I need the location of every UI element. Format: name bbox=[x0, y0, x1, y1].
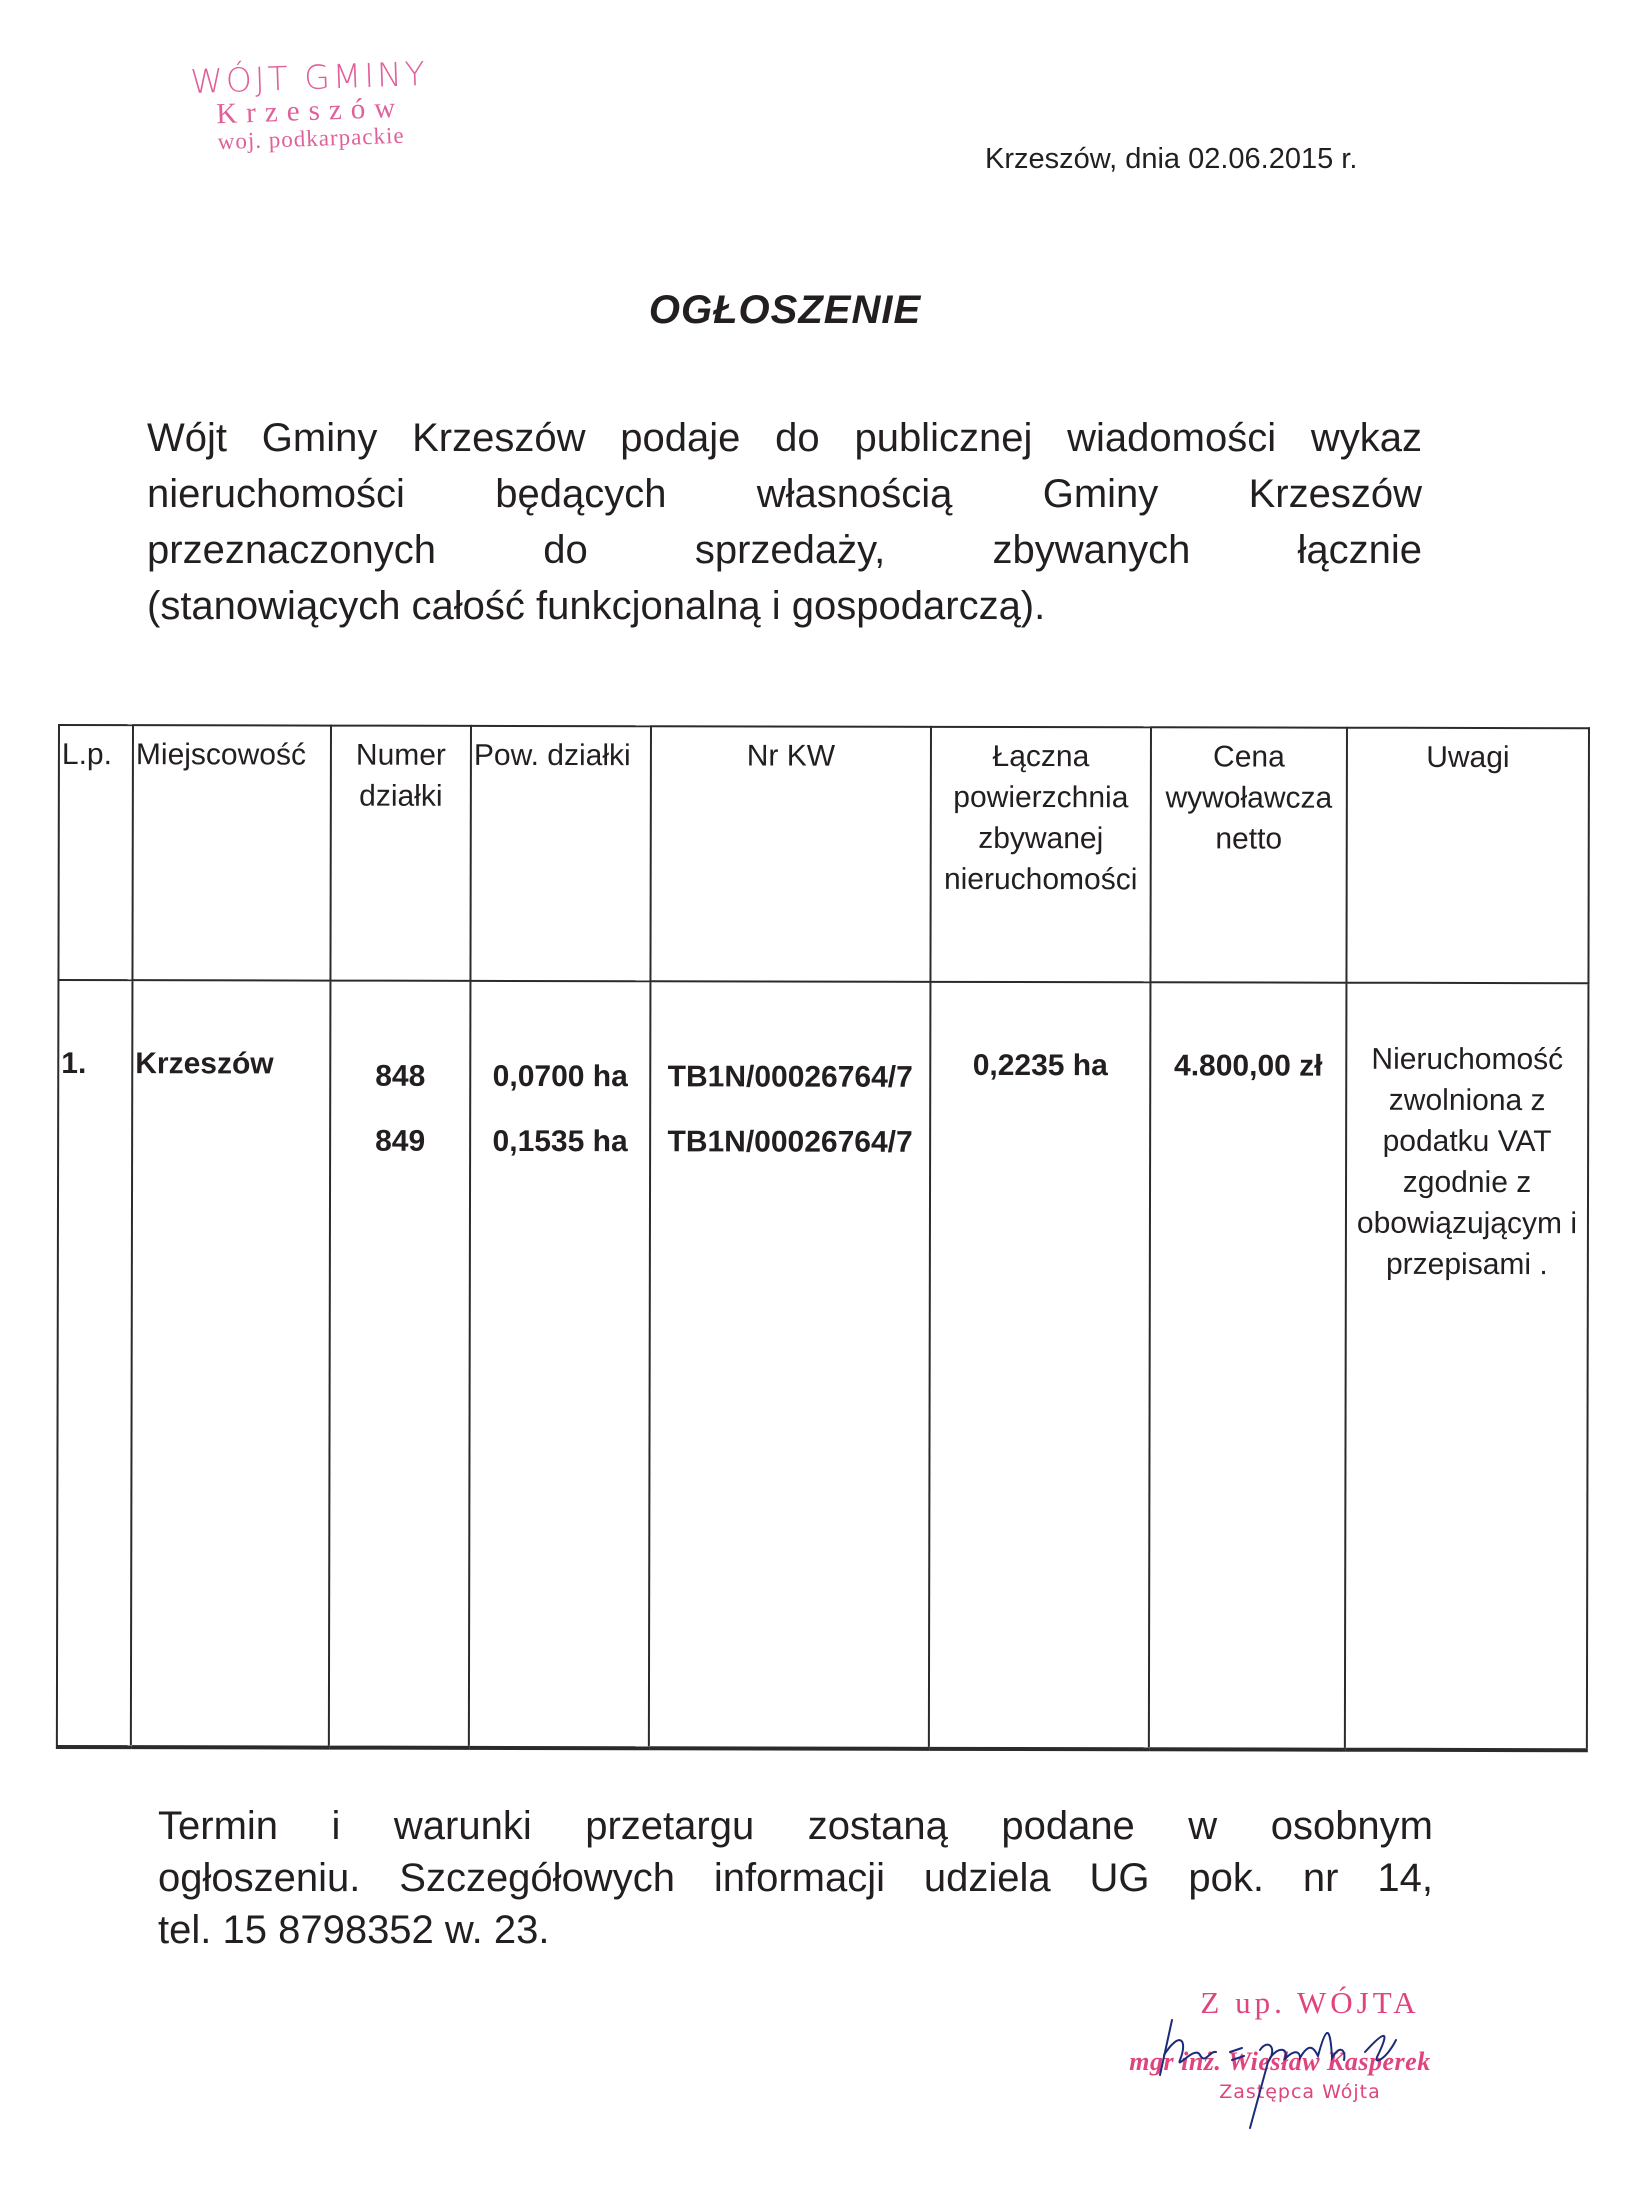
land-register-number: TB1N/00026764/7 bbox=[653, 1109, 927, 1175]
col-header-laczna-powierzchnia: Łączna powierzchnia zbywanej nieruchomoś… bbox=[930, 727, 1151, 982]
cell-pow-dzialki: 0,0700 ha 0,1535 ha bbox=[469, 981, 651, 1748]
table-row: 1. Krzeszów 848 849 0,0700 ha 0,1535 ha … bbox=[57, 980, 1589, 1750]
footer-paragraph: Termin i warunki przetargu zostaną podan… bbox=[158, 1800, 1433, 1956]
plot-number: 849 bbox=[333, 1109, 467, 1174]
cell-numer-dzialki: 848 849 bbox=[329, 981, 471, 1748]
intro-line: Wójt Gminy Krzeszów podaje do publicznej… bbox=[147, 410, 1422, 466]
footer-line: Termin i warunki przetargu zostaną podan… bbox=[158, 1800, 1433, 1852]
handwritten-signature-icon bbox=[1150, 2000, 1400, 2130]
footer-line: ogłoszeniu. Szczegółowych informacji udz… bbox=[158, 1852, 1433, 1904]
table-header-row: L.p. Miejscowość Numer działki Pow. dzia… bbox=[58, 725, 1589, 983]
col-header-pow-dzialki: Pow. działki bbox=[470, 726, 651, 981]
col-header-numer-dzialki: Numer działki bbox=[330, 726, 471, 981]
plot-area: 0,1535 ha bbox=[473, 1109, 647, 1174]
cell-uwagi: Nieruchomość zwolniona z podatku VAT zgo… bbox=[1345, 983, 1589, 1751]
property-list-table: L.p. Miejscowość Numer działki Pow. dzia… bbox=[56, 724, 1590, 1752]
intro-line: nieruchomości będących własnością Gminy … bbox=[147, 466, 1422, 522]
document-title: OGŁOSZENIE bbox=[0, 288, 1570, 333]
cell-nr-kw: TB1N/00026764/7 TB1N/00026764/7 bbox=[649, 981, 931, 1749]
col-header-nr-kw: Nr KW bbox=[650, 726, 931, 982]
cell-lp: 1. bbox=[57, 980, 133, 1747]
cell-miejscowosc: Krzeszów bbox=[131, 980, 331, 1747]
col-header-cena: Cena wywoławcza netto bbox=[1150, 727, 1347, 982]
cell-cena: 4.800,00 zł bbox=[1149, 982, 1347, 1749]
col-header-uwagi: Uwagi bbox=[1346, 728, 1589, 984]
col-header-lp: L.p. bbox=[58, 725, 133, 980]
intro-paragraph: Wójt Gminy Krzeszów podaje do publicznej… bbox=[147, 410, 1422, 634]
plot-number: 848 bbox=[333, 1044, 467, 1109]
col-header-miejscowosc: Miejscowość bbox=[132, 725, 331, 980]
land-register-number: TB1N/00026764/7 bbox=[653, 1044, 927, 1110]
office-stamp: WÓJT GMINY Krzeszów woj. podkarpackie bbox=[158, 53, 461, 157]
intro-line: przeznaczonych do sprzedaży, zbywanych ł… bbox=[147, 522, 1422, 578]
place-and-date: Krzeszów, dnia 02.06.2015 r. bbox=[985, 143, 1357, 176]
plot-area: 0,0700 ha bbox=[473, 1044, 647, 1109]
intro-line: (stanowiących całość funkcjonalną i gosp… bbox=[147, 578, 1422, 634]
cell-laczna-powierzchnia: 0,2235 ha bbox=[929, 982, 1151, 1749]
footer-line: tel. 15 8798352 w. 23. bbox=[158, 1904, 1433, 1956]
